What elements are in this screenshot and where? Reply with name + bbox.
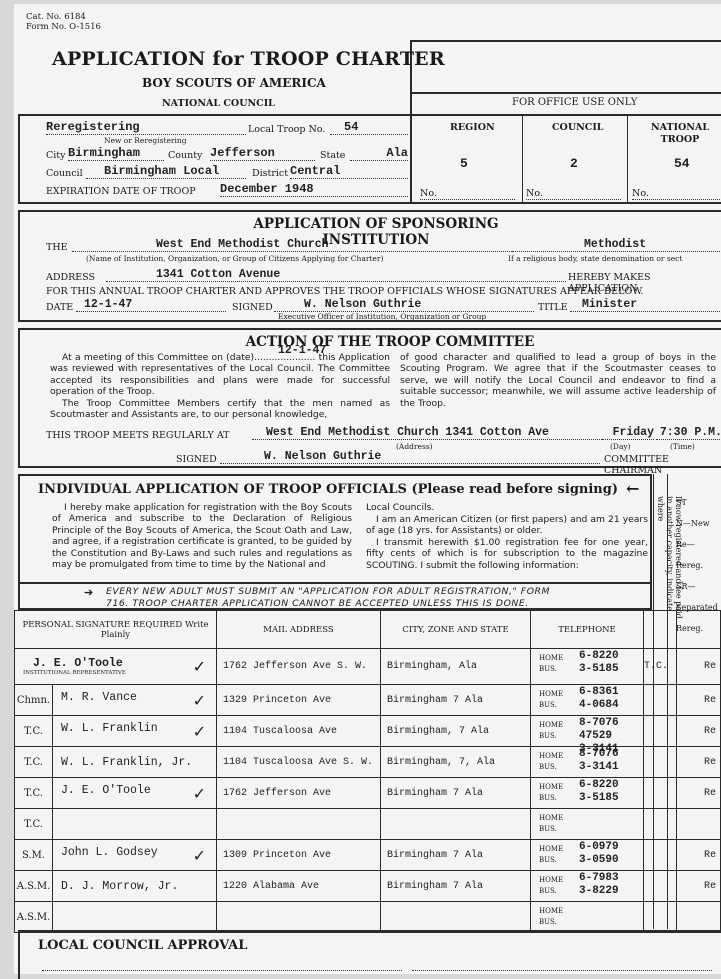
telephone-cell[interactable]: HOMEBUS. xyxy=(531,809,644,840)
signed-label: SIGNED xyxy=(232,302,273,313)
telephone-cell[interactable]: HOMEBUS. 8-7076 475293-3141 xyxy=(531,716,644,747)
address-label: ADDRESS xyxy=(46,272,95,283)
district-label: District xyxy=(252,168,288,179)
bus-label: BUS. xyxy=(539,762,563,773)
council-label: COUNCIL xyxy=(552,122,604,133)
table-row: T.C. ✓W. L. Franklin 1104 Tuscaloosa Ave… xyxy=(15,716,721,747)
code-cell[interactable] xyxy=(677,902,721,933)
form-no-text: Form No. O-1516 xyxy=(26,22,101,32)
day-caption: (Day) xyxy=(610,442,631,451)
county-field[interactable]: Jefferson xyxy=(210,146,315,161)
date-label: DATE xyxy=(46,302,73,313)
signed-caption: Executive Officer of Institution, Organi… xyxy=(278,312,486,321)
home-label: HOME xyxy=(539,720,563,731)
mail-address-cell[interactable] xyxy=(217,902,381,933)
checkmark-icon: ✓ xyxy=(193,846,206,865)
code-cell[interactable]: Re xyxy=(677,716,721,747)
col-mail-address: MAIL ADDRESS xyxy=(217,611,381,649)
approves-text: FOR THIS ANNUAL TROOP CHARTER AND APPROV… xyxy=(46,286,644,297)
officials-heading: INDIVIDUAL APPLICATION OF TROOP OFFICIAL… xyxy=(38,482,618,497)
table-row: S.M. ✓John L. Godsey 1309 Princeton Ave … xyxy=(15,840,721,871)
code-cell[interactable]: Re xyxy=(677,778,721,809)
district-field[interactable]: Central xyxy=(290,164,408,179)
signature-cell[interactable]: ✓W. L. Franklin xyxy=(53,716,217,747)
col-city: CITY, ZONE AND STATE xyxy=(381,611,531,649)
city-cell[interactable]: Birmingham 7 Ala xyxy=(381,685,531,716)
status-field[interactable]: Reregistering xyxy=(46,120,246,135)
council-field[interactable]: Birmingham Local xyxy=(86,164,246,179)
state-field[interactable]: Ala xyxy=(350,146,408,161)
bus-label: BUS. xyxy=(539,664,563,675)
committee-signed-field[interactable]: W. Nelson Guthrie xyxy=(220,450,600,464)
home-bus-labels: HOMEBUS. xyxy=(539,689,563,711)
col-signature: PERSONAL SIGNATURE REQUIRED Write Plainl… xyxy=(15,611,217,649)
committee-chairman-label: COMMITTEE CHAIRMAN xyxy=(604,454,721,476)
other-capacity-cell[interactable] xyxy=(644,716,677,747)
county-label: County xyxy=(168,150,202,161)
telephone-cell[interactable]: HOMEBUS. xyxy=(531,902,644,933)
bus-phone: 3-5185 xyxy=(579,792,619,805)
checkmark-icon: ✓ xyxy=(193,722,206,741)
officials-para-left: I hereby make application for registrati… xyxy=(52,502,352,570)
troop-info-box: Reregistering New or Reregistering Local… xyxy=(18,114,412,204)
telephone-cell[interactable]: HOMEBUS. 6-82203-5185 xyxy=(531,778,644,809)
table-row: Chmn. ✓M. R. Vance 1329 Princeton Ave Bi… xyxy=(15,685,721,716)
officials-table-header: PERSONAL SIGNATURE REQUIRED Write Plainl… xyxy=(15,611,721,649)
bus-label: BUS. xyxy=(539,824,563,835)
phone-numbers: 6-79833-8229 xyxy=(579,872,619,898)
city-cell[interactable] xyxy=(381,809,531,840)
city-field[interactable]: Birmingham xyxy=(68,146,164,161)
council-value: 2 xyxy=(570,156,578,171)
home-bus-labels: HOMEBUS. xyxy=(539,875,563,897)
code-cell[interactable]: Re xyxy=(677,685,721,716)
notice-line-2: 716. TROOP CHARTER APPLICATION CANNOT BE… xyxy=(106,598,550,610)
mail-address-cell[interactable] xyxy=(217,809,381,840)
signature-cell[interactable]: ✓J. E. O'Toole xyxy=(53,778,217,809)
arrow-left-icon: ← xyxy=(626,479,639,498)
other-capacity-cell[interactable] xyxy=(644,685,677,716)
table-row: T.C. HOMEBUS. xyxy=(15,809,721,840)
signature-cell[interactable]: ✓John L. Godsey xyxy=(53,840,217,871)
code-cell[interactable]: Re xyxy=(677,747,721,778)
committee-para-right: of good character and qualified to lead … xyxy=(400,352,716,409)
region-no-field[interactable]: No. xyxy=(420,188,515,200)
city-cell[interactable]: Birmingham 7 Ala xyxy=(381,778,531,809)
home-phone: 6-8220 xyxy=(579,650,619,663)
other-capacity-cell[interactable] xyxy=(644,778,677,809)
expiration-field[interactable]: December 1948 xyxy=(220,182,408,197)
form-subtitle: BOY SCOUTS OF AMERICA xyxy=(142,76,326,90)
adult-registration-notice: EVERY NEW ADULT MUST SUBMIT AN "APPLICAT… xyxy=(106,586,550,610)
home-label: HOME xyxy=(539,906,563,917)
state-label: State xyxy=(320,150,345,161)
telephone-cell[interactable]: HOMEBUS. 6-79833-8229 xyxy=(531,871,644,902)
home-phone: 6-8361 xyxy=(579,686,619,699)
other-capacity-cell[interactable] xyxy=(644,871,677,902)
bus-label: BUS. xyxy=(539,886,563,897)
committee-para-left-2: The Troop Committee Members certify that… xyxy=(50,398,390,421)
city-label: City xyxy=(46,150,66,161)
phone-numbers: 6-09793-0590 xyxy=(579,841,619,867)
home-phone: 8-7076 xyxy=(579,748,619,761)
side-code-rereg: Re—Rereg. xyxy=(676,534,721,576)
side-code-st: ST xyxy=(676,492,721,513)
bus-phone: 3-3141 xyxy=(579,761,619,774)
council-label: Council xyxy=(46,168,83,179)
other-capacity-cell[interactable] xyxy=(644,809,677,840)
home-phone: 6-7983 xyxy=(579,872,619,885)
local-council-heading: LOCAL COUNCIL APPROVAL xyxy=(38,938,247,953)
notice-line-1: EVERY NEW ADULT MUST SUBMIT AN "APPLICAT… xyxy=(106,586,550,598)
local-council-approval-box: LOCAL COUNCIL APPROVAL xyxy=(18,930,721,979)
official-name: M. R. Vance xyxy=(61,691,137,704)
mail-address-cell[interactable]: 1104 Tuscaloosa Ave S. W. xyxy=(217,747,381,778)
official-name: W. L. Franklin, Jr. xyxy=(61,756,192,769)
home-label: HOME xyxy=(539,813,563,824)
position-cell: A.S.M. xyxy=(15,871,53,902)
official-name: John L. Godsey xyxy=(61,846,158,859)
table-row: A.S.M. HOMEBUS. xyxy=(15,902,721,933)
official-name: D. J. Morrow, Jr. xyxy=(61,880,178,893)
position-cell: T.C. xyxy=(15,778,53,809)
officials-application-box: INDIVIDUAL APPLICATION OF TROOP OFFICIAL… xyxy=(18,474,652,610)
bus-phone: 4-0684 xyxy=(579,699,619,712)
approval-signature-line-2[interactable] xyxy=(412,970,712,971)
local-troop-label: Local Troop No. xyxy=(248,124,325,135)
time-caption: (Time) xyxy=(670,442,695,451)
status-caption: New or Reregistering xyxy=(104,136,187,145)
committee-signed-label: SIGNED xyxy=(176,454,217,465)
troop-committee-box: ACTION OF THE TROOP COMMITTEE 12-1-47 At… xyxy=(18,328,721,468)
telephone-cell[interactable]: HOMEBUS. 6-82203-5185 xyxy=(531,649,644,685)
home-bus-labels: HOMEBUS. xyxy=(539,813,563,835)
position-cell: Chmn. xyxy=(15,685,53,716)
meets-label: THIS TROOP MEETS REGULARLY AT xyxy=(46,430,230,441)
local-troop-field[interactable]: 54 xyxy=(330,120,408,135)
home-label: HOME xyxy=(539,751,563,762)
national-troop-label: NATIONAL TROOP xyxy=(650,122,710,146)
telephone-cell[interactable]: HOMEBUS. 6-83614-0684 xyxy=(531,685,644,716)
official-name: W. L. Franklin xyxy=(61,722,158,735)
official-name: J. E. O'Toole xyxy=(61,784,151,797)
expiration-label: EXPIRATION DATE OF TROOP xyxy=(46,186,196,197)
home-bus-labels: HOMEBUS. xyxy=(539,751,563,773)
bus-label: BUS. xyxy=(539,855,563,866)
signed-field[interactable]: W. Nelson Guthrie xyxy=(274,298,534,312)
checkmark-icon: ✓ xyxy=(193,784,206,803)
date-field[interactable]: 12-1-47 xyxy=(76,298,226,312)
charter-application-form: Cat. No. 6184 Form No. O-1516 APPLICATIO… xyxy=(14,4,721,974)
city-cell[interactable]: Birmingham, 7 Ala xyxy=(381,716,531,747)
bus-label: BUS. xyxy=(539,731,563,742)
table-row: ✓ J. E. O'Toole INSTITUTIONAL REPRESENTA… xyxy=(15,649,721,685)
phone-numbers: 6-82203-5185 xyxy=(579,779,619,805)
officials-para-right-3: I transmit herewith $1.00 registration f… xyxy=(366,537,648,571)
institution-field[interactable]: West End Methodist Church xyxy=(72,238,512,252)
home-phone: 6-0979 xyxy=(579,841,619,854)
home-phone: 6-8220 xyxy=(579,779,619,792)
table-row: T.C. W. L. Franklin, Jr. 1104 Tuscaloosa… xyxy=(15,747,721,778)
position-cell: T.C. xyxy=(15,716,53,747)
phone-numbers: 8-70763-3141 xyxy=(579,748,619,774)
bus-label: BUS. xyxy=(539,917,563,928)
other-capacity-cell[interactable]: T.C. xyxy=(644,649,677,685)
home-bus-labels: HOMEBUS. xyxy=(539,844,563,866)
code-cell[interactable]: Re xyxy=(677,871,721,902)
bus-label: BUS. xyxy=(539,700,563,711)
officials-para-right-1: Local Councils. xyxy=(366,502,648,513)
home-label: HOME xyxy=(539,875,563,886)
home-label: HOME xyxy=(539,782,563,793)
city-cell[interactable] xyxy=(381,902,531,933)
home-label: HOME xyxy=(539,653,563,664)
signature-cell[interactable]: D. J. Morrow, Jr. xyxy=(53,871,217,902)
official-name: J. E. O'Toole xyxy=(23,657,216,670)
mail-address-cell[interactable]: 1329 Princeton Ave xyxy=(217,685,381,716)
officials-para-right-2: I am an American Citizen (or first paper… xyxy=(366,514,648,537)
form-title: APPLICATION for TROOP CHARTER xyxy=(52,48,445,70)
officials-table: PERSONAL SIGNATURE REQUIRED Write Plainl… xyxy=(14,610,721,933)
home-bus-labels: HOMEBUS. xyxy=(539,782,563,804)
national-council-label: NATIONAL COUNCIL xyxy=(162,98,275,109)
national-troop-value: 54 xyxy=(674,156,690,171)
home-bus-labels: HOMEBUS. xyxy=(539,653,563,675)
bus-phone: 3-0590 xyxy=(579,854,619,867)
bus-phone: 3-5185 xyxy=(579,663,619,676)
checkmark-icon: ✓ xyxy=(193,691,206,710)
table-row: T.C. ✓J. E. O'Toole 1762 Jefferson Ave B… xyxy=(15,778,721,809)
mail-address-cell[interactable]: 1309 Princeton Ave xyxy=(217,840,381,871)
region-value: 5 xyxy=(460,156,468,171)
home-bus-labels: HOMEBUS. xyxy=(539,720,563,742)
denomination-field[interactable]: Methodist xyxy=(512,238,720,252)
national-no-field[interactable]: No. xyxy=(632,188,720,200)
title-label: TITLE xyxy=(538,302,568,313)
other-capacity-cell[interactable] xyxy=(644,747,677,778)
institutional-representative-caption: INSTITUTIONAL REPRESENTATIVE xyxy=(23,670,216,676)
phone-numbers: 6-82203-5185 xyxy=(579,650,619,676)
mail-address-cell[interactable]: 1762 Jefferson Ave xyxy=(217,778,381,809)
address-field[interactable]: 1341 Cotton Avenue xyxy=(106,268,566,282)
mail-address-cell[interactable]: 1220 Alabama Ave xyxy=(217,871,381,902)
other-capacity-cell[interactable] xyxy=(644,902,677,933)
city-cell[interactable]: Birmingham 7 Ala xyxy=(381,840,531,871)
sponsoring-institution-box: APPLICATION OF SPONSORING INSTITUTION TH… xyxy=(18,210,721,322)
meets-address-field[interactable]: West End Methodist Church 1341 Cotton Av… xyxy=(252,426,602,440)
other-capacity-cell[interactable] xyxy=(644,840,677,871)
signature-cell[interactable] xyxy=(53,902,217,933)
home-bus-labels: HOMEBUS. xyxy=(539,906,563,928)
meets-day-field[interactable]: Friday xyxy=(602,426,654,440)
code-cell[interactable] xyxy=(677,809,721,840)
region-label: REGION xyxy=(450,122,495,133)
cat-no-text: Cat. No. 6184 xyxy=(26,12,101,22)
table-row: A.S.M. D. J. Morrow, Jr. 1220 Alabama Av… xyxy=(15,871,721,902)
city-cell[interactable]: Birmingham, 7, Ala xyxy=(381,747,531,778)
signature-cell[interactable]: ✓ J. E. O'Toole INSTITUTIONAL REPRESENTA… xyxy=(15,649,217,685)
telephone-cell[interactable]: HOMEBUS. 6-09793-0590 xyxy=(531,840,644,871)
position-cell: S.M. xyxy=(15,840,53,871)
office-use-box: FOR OFFICE USE ONLY REGION COUNCIL NATIO… xyxy=(410,40,721,204)
meets-time-field[interactable]: 7:30 P.M. xyxy=(656,426,721,440)
col-code xyxy=(677,611,721,649)
col-telephone: TELEPHONE xyxy=(531,611,644,649)
code-cell[interactable]: Re xyxy=(677,840,721,871)
signature-cell[interactable]: ✓M. R. Vance xyxy=(53,685,217,716)
home-phone: 8-7076 47529 xyxy=(579,717,643,743)
denomination-caption: If a religious body, state denomination … xyxy=(508,254,682,263)
title-field[interactable]: Minister xyxy=(570,298,720,312)
council-no-field[interactable]: No. xyxy=(526,188,621,200)
office-use-label: FOR OFFICE USE ONLY xyxy=(512,97,637,108)
institution-caption: (Name of Institution, Organization, or G… xyxy=(86,254,383,263)
home-label: HOME xyxy=(539,844,563,855)
city-cell[interactable]: Birmingham 7 Ala xyxy=(381,871,531,902)
catalog-number: Cat. No. 6184 Form No. O-1516 xyxy=(26,12,101,32)
position-cell: A.S.M. xyxy=(15,902,53,933)
signature-cell[interactable] xyxy=(53,809,217,840)
the-label: THE xyxy=(46,242,68,253)
bus-label: BUS. xyxy=(539,793,563,804)
position-cell: T.C. xyxy=(15,809,53,840)
position-cell: T.C. xyxy=(15,747,53,778)
home-label: HOME xyxy=(539,689,563,700)
checkmark-icon: ✓ xyxy=(193,657,206,676)
phone-numbers: 6-83614-0684 xyxy=(579,686,619,712)
signature-cell[interactable]: W. L. Franklin, Jr. xyxy=(53,747,217,778)
side-code-new: N—New xyxy=(676,513,721,534)
committee-para-left-1: At a meeting of this Committee on (date)… xyxy=(50,352,390,398)
mail-address-cell[interactable]: 1762 Jefferson Ave S. W. xyxy=(217,649,381,685)
bus-phone: 3-8229 xyxy=(579,885,619,898)
col-other xyxy=(644,611,677,649)
code-cell[interactable]: Re xyxy=(677,649,721,685)
notice-arrow-icon: ➔ xyxy=(84,586,93,599)
mail-address-cell[interactable]: 1104 Tuscaloosa Ave xyxy=(217,716,381,747)
telephone-cell[interactable]: HOMEBUS. 8-70763-3141 xyxy=(531,747,644,778)
approval-signature-line-1[interactable] xyxy=(42,970,402,971)
city-cell[interactable]: Birmingham, Ala xyxy=(381,649,531,685)
